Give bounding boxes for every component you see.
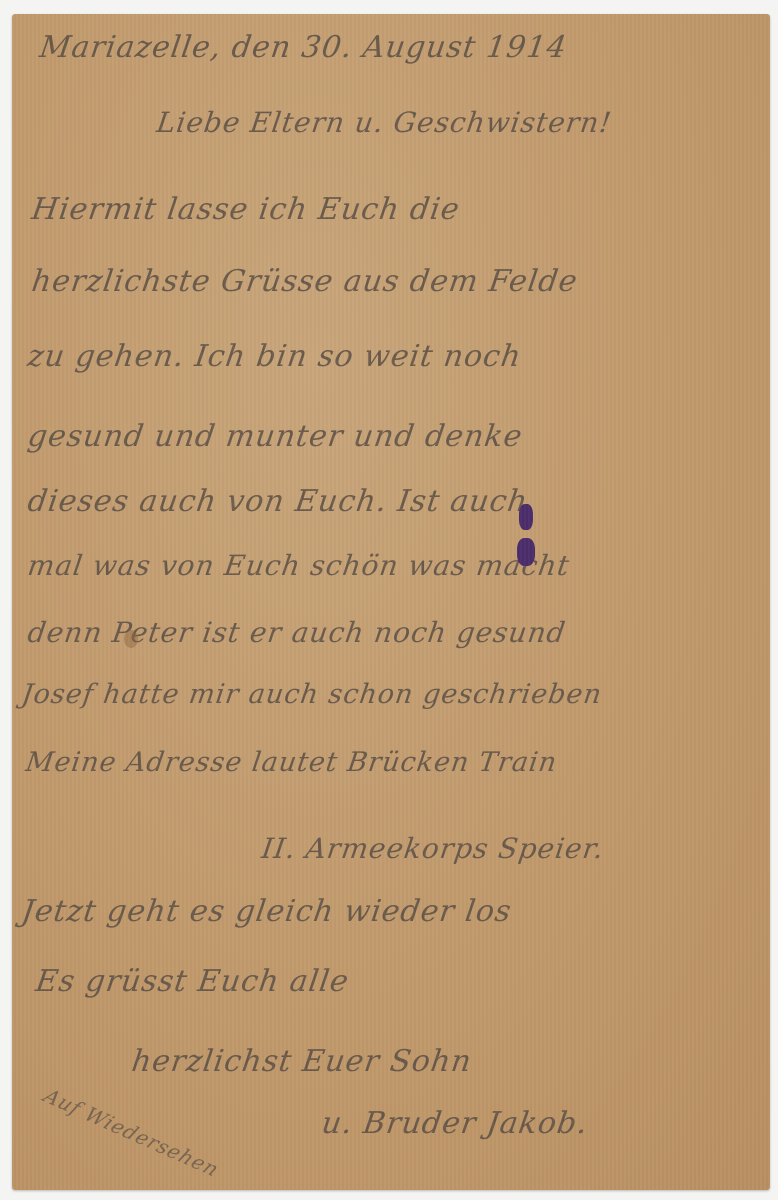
place-date-line: Mariazelle, den 30. August 1914: [38, 30, 570, 65]
body-line-6: mal was von Euch schön was macht: [26, 549, 572, 582]
postcard: Mariazelle, den 30. August 1914 Liebe El…: [12, 14, 770, 1190]
address-line-1: Meine Adresse lautet Brücken Train: [24, 747, 559, 778]
closing-line-1: Es grüsst Euch alle: [34, 964, 352, 999]
body-line-7: denn Peter ist er auch noch gesund: [26, 616, 568, 649]
salutation-line: Liebe Eltern u. Geschwistern!: [155, 106, 614, 139]
body-line-9: Jetzt geht es gleich wieder los: [20, 894, 514, 929]
body-line-5: dieses auch von Euch. Ist auch: [26, 484, 531, 519]
farewell-line: Auf Wiedersehen: [39, 1084, 224, 1181]
paper-stain: [124, 630, 138, 648]
body-line-8: Josef hatte mir auch schon geschrieben: [20, 679, 604, 710]
body-line-2: herzlichste Grüsse aus dem Felde: [30, 264, 580, 299]
address-line-2: II. Armeekorps Speier.: [260, 832, 607, 865]
body-line-3: zu gehen. Ich bin so weit noch: [26, 339, 524, 374]
body-line-4: gesund und munter und denke: [26, 419, 525, 454]
body-line-1: Hiermit lasse ich Euch die: [30, 192, 463, 227]
signature-line: u. Bruder Jakob.: [320, 1106, 591, 1141]
ink-blot: [515, 504, 537, 570]
closing-line-2: herzlichst Euer Sohn: [130, 1044, 475, 1079]
